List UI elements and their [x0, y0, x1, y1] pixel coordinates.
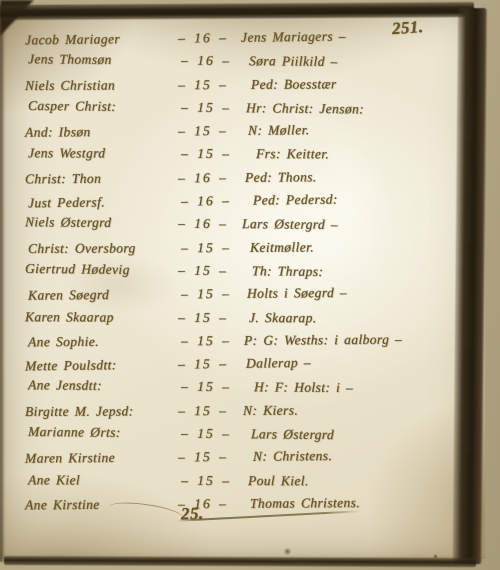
amount: – 15 – — [168, 333, 244, 350]
manuscript-page: 251. Jacob Mariager – 16 – Jens Mariager… — [0, 5, 485, 559]
amount: – 15 – — [165, 309, 241, 325]
right-name: Søra Piilkild – — [244, 53, 423, 71]
right-name: Holts i Søegrd – — [244, 285, 423, 303]
amount: – 15 – — [168, 240, 244, 256]
right-name: Jens Mariagers – — [241, 28, 423, 46]
right-name: N: Christens. — [241, 448, 423, 466]
amount: – 15 – — [165, 77, 241, 93]
amount: – 15 – — [168, 286, 244, 303]
amount: – 15 – — [165, 449, 241, 466]
register-row: Karen Søegrd – 15 – Holts i Søegrd – — [25, 285, 423, 304]
right-name: Keitmøller. — [244, 239, 423, 256]
binding-edge-left — [0, 20, 5, 562]
right-name: J. Skaarap. — [241, 310, 423, 327]
register-row: Ane Kiel – 15 – Poul Kiel. — [25, 472, 423, 489]
register-row: Niels Christian – 15 – Ped: Boesstær — [25, 76, 423, 94]
left-name: Christ: Oversborg — [25, 240, 168, 257]
register-row: Jens Thomsøn – 16 – Søra Piilkild – — [25, 52, 423, 71]
binding-edge-bottom — [4, 556, 476, 567]
register-row: Giertrud Hødevig – 15 – Th: Thraps: — [25, 261, 423, 281]
amount: – 15 – — [165, 262, 241, 279]
amount: – 15 – — [168, 379, 244, 396]
register-row: Marianne Ørts: – 15 – Lars Østergrd — [25, 424, 423, 444]
amount: – 15 – — [165, 356, 241, 373]
register-row: Ane Sophie. – 15 – P: G: Wesths: i aalbo… — [25, 331, 423, 350]
left-name: And: Ibsøn — [25, 124, 165, 141]
left-name: Mette Poulsdtt: — [25, 357, 165, 375]
amount: – 16 – — [165, 170, 241, 187]
register-row: Casper Christ: – 15 – Hr: Christ: Jensøn… — [25, 98, 423, 118]
left-name: Karen Skaarap — [25, 309, 165, 325]
left-name: Ane Kiel — [25, 472, 168, 488]
register-row: Karen Skaarap – 15 – J. Skaarap. — [25, 309, 423, 326]
register-row: Christ: Oversborg – 15 – Keitmøller. — [25, 239, 423, 257]
right-name: H: F: Holst: i – — [244, 380, 423, 398]
manuscript-scan: 251. Jacob Mariager – 16 – Jens Mariager… — [0, 0, 500, 570]
right-name: Ped: Thons. — [241, 168, 423, 185]
register-row: Just Pedersf. – 16 – Ped: Pedersd: — [25, 191, 423, 212]
register-row: Mette Poulsdtt: – 15 – Dallerap – — [25, 354, 423, 375]
amount: – 15 – — [168, 99, 244, 116]
left-name: Jens Thomsøn — [25, 52, 168, 69]
register-row: Jacob Mariager – 16 – Jens Mariagers – — [25, 28, 423, 49]
page-total-group: 25. — [148, 502, 378, 538]
left-name: Ane Sophie. — [25, 333, 168, 350]
left-name: Giertrud Hødevig — [25, 261, 165, 278]
register-row: Niels Østergrd – 16 – Lars Østergrd – — [25, 215, 423, 234]
register-row: Ane Jensdtt: – 15 – H: F: Holst: i – — [25, 378, 423, 397]
register-row: Birgitte M. Jepsd: – 15 – N: Kiers. — [25, 402, 423, 420]
left-name: Jacob Mariager — [25, 31, 165, 49]
right-name: Ped: Boesstær — [241, 76, 423, 93]
right-name: Ped: Pedersd: — [244, 191, 423, 209]
amount: – 16 – — [168, 193, 244, 210]
left-name: Casper Christ: — [25, 98, 168, 115]
amount: – 16 – — [165, 30, 241, 47]
left-name: Marianne Ørts: — [25, 424, 168, 441]
right-name: Lars Østergrd – — [241, 217, 423, 235]
left-name: Ane Jensdtt: — [25, 378, 168, 395]
left-name: Karen Søegrd — [25, 287, 168, 304]
right-name: N: Møller. — [241, 121, 423, 139]
right-name: P: G: Wesths: i aalborg – — [244, 331, 423, 348]
right-name: Poul Kiel. — [244, 473, 423, 490]
right-name: Lars Østergrd — [244, 426, 423, 444]
left-name: Just Pedersf. — [25, 194, 168, 212]
amount: – 15 – — [165, 123, 241, 140]
register-rows: Jacob Mariager – 16 – Jens Mariagers – J… — [25, 30, 423, 512]
left-name: Maren Kirstine — [25, 450, 165, 467]
left-name: Christ: Thon — [25, 170, 165, 187]
left-name: Niels Østergrd — [25, 215, 165, 232]
right-name: Hr: Christ: Jensøn: — [244, 100, 423, 118]
register-row: Christ: Thon – 16 – Ped: Thons. — [25, 168, 423, 187]
left-name: Jens Westgrd — [25, 146, 168, 162]
register-row: Jens Westgrd – 15 – Frs: Keitter. — [25, 146, 423, 163]
binding-edge-right — [453, 8, 487, 564]
register-row: And: Ibsøn – 15 – N: Møller. — [25, 121, 423, 140]
amount: – 15 – — [168, 146, 244, 162]
amount: – 16 – — [165, 216, 241, 233]
right-name: N: Kiers. — [241, 402, 423, 419]
right-name: Dallerap – — [241, 354, 423, 372]
page-total: 25. — [181, 504, 204, 525]
right-name: Frs: Keitter. — [244, 147, 423, 164]
amount: – 16 – — [168, 53, 244, 70]
amount: – 15 – — [168, 472, 244, 488]
amount: – 15 – — [168, 425, 244, 442]
ink-speck — [283, 548, 292, 555]
right-name: Th: Thraps: — [241, 263, 423, 281]
register-row: Maren Kirstine – 15 – N: Christens. — [25, 448, 423, 467]
flourish-line — [176, 510, 361, 522]
flourish-swoosh — [107, 499, 184, 526]
binding-edge-top — [0, 2, 474, 20]
left-name: Niels Christian — [25, 77, 165, 94]
left-name: Birgitte M. Jepsd: — [25, 403, 165, 420]
amount: – 15 – — [165, 403, 241, 419]
